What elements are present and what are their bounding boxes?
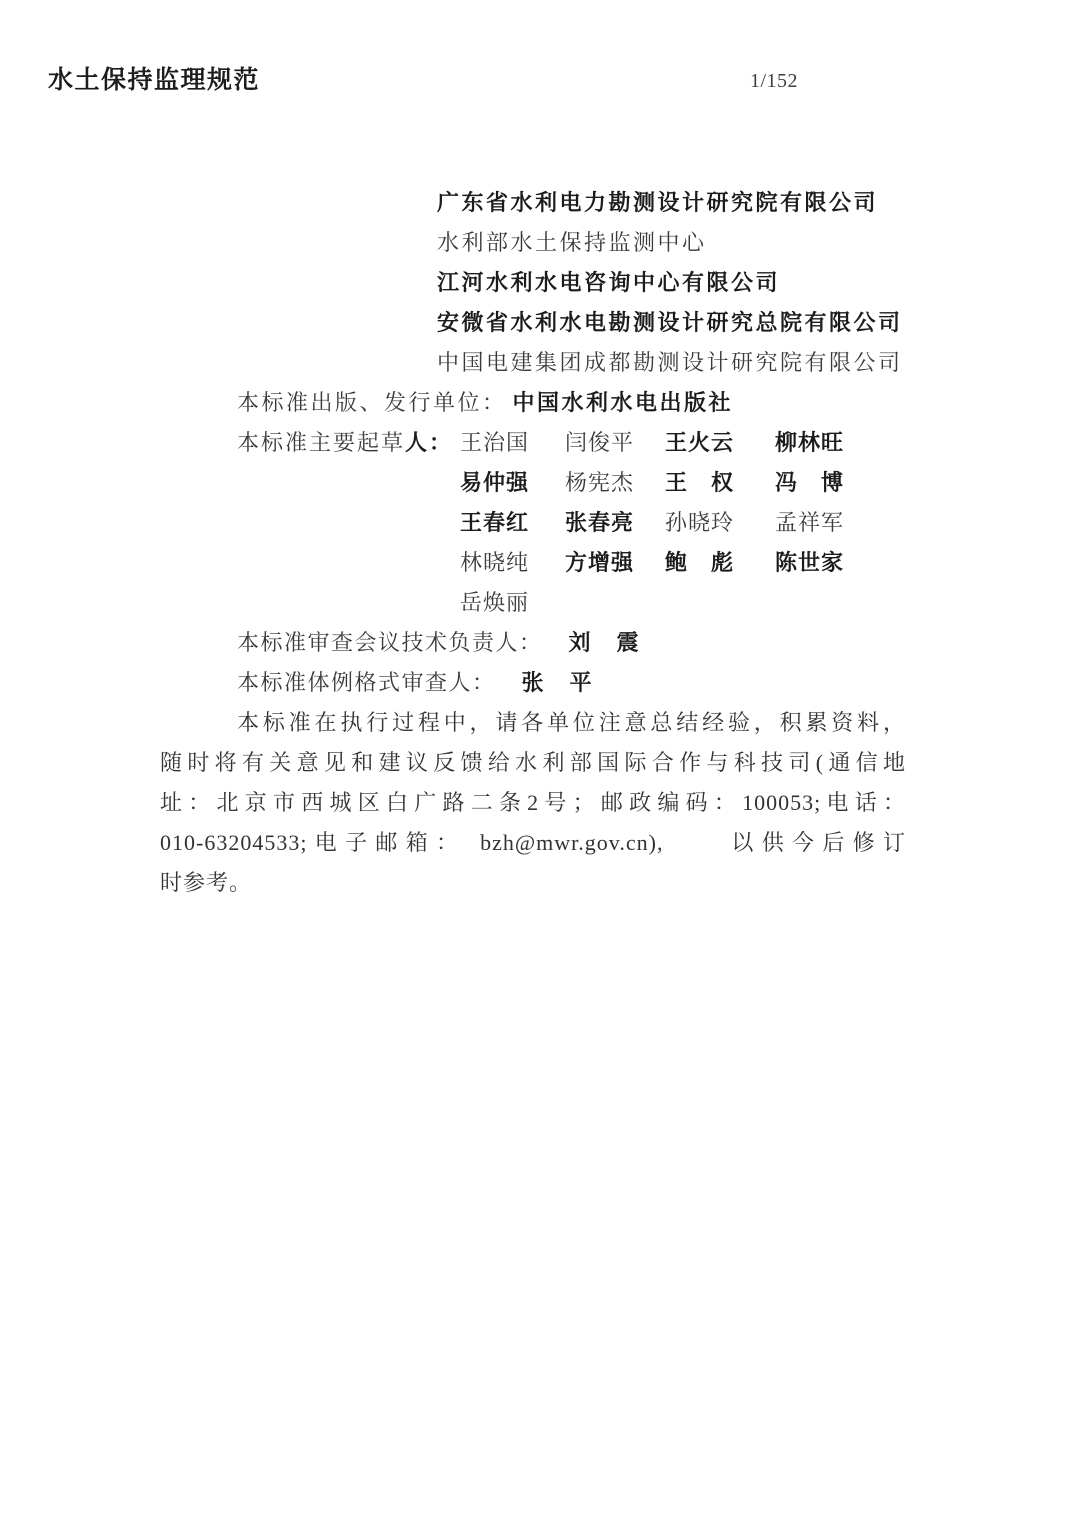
drafters-line: 本标准主要起草人： 王治国 闫俊平 王火云 柳林旺	[237, 423, 906, 463]
drafters-row: 王治国 闫俊平 王火云 柳林旺	[460, 423, 844, 463]
drafters-row: 岳焕丽	[460, 583, 906, 623]
drafters-row: 易仲强 杨宪杰 王 权 冯 博	[460, 463, 906, 503]
drafter-name: 王春红	[460, 503, 565, 543]
organization-text: 安微省水利水电勘测设计研究总院有限公司	[437, 310, 903, 335]
drafter-name: 孙晓玲	[665, 503, 775, 543]
organization-name: 江河水利水电咨询中心有限公司	[437, 263, 906, 303]
drafters-row-inner: 王春红 张春亮 孙晓玲 孟祥军	[460, 503, 906, 543]
drafter-name: 闫俊平	[565, 423, 665, 463]
drafter-name: 陈世家	[775, 543, 844, 583]
drafters-label-suffix: 人：	[405, 430, 453, 455]
closing-paragraph-line: 010-63204533;电子邮箱： bzh@mwr.gov.cn), 以供今后…	[160, 823, 906, 863]
document-page: 水土保持监理规范 1/152 广东省水利电力勘测设计研究院有限公司 水利部水土保…	[0, 0, 1080, 1527]
technical-director-line: 本标准审查会议技术负责人：刘 震	[237, 623, 906, 663]
drafter-name: 岳焕丽	[460, 583, 565, 623]
drafters-label: 本标准主要起草人：	[237, 423, 460, 463]
reviewer-name: 刘 震	[569, 630, 641, 655]
drafter-name: 孟祥军	[775, 503, 844, 543]
drafter-name: 林晓纯	[460, 543, 565, 583]
drafters-row: 林晓纯 方增强 鲍 彪 陈世家	[460, 543, 906, 583]
drafter-name: 王治国	[460, 423, 565, 463]
reviewer-name: 张 平	[522, 670, 594, 695]
organization-name: 中国电建集团成都勘测设计研究院有限公司	[437, 343, 906, 383]
drafters-row-inner: 易仲强 杨宪杰 王 权 冯 博	[460, 463, 906, 503]
drafters-label-text: 本标准主要起草	[237, 430, 405, 455]
organization-text: 江河水利水电咨询中心有限公司	[437, 270, 780, 295]
drafter-name: 冯 博	[775, 463, 844, 503]
drafter-name: 鲍 彪	[665, 543, 775, 583]
drafter-name: 张春亮	[565, 503, 665, 543]
drafter-name: 易仲强	[460, 463, 565, 503]
drafter-name: 方增强	[565, 543, 665, 583]
closing-paragraph-line: 本标准在执行过程中，请各单位注意总结经验，积累资料，	[160, 703, 906, 743]
document-title: 水土保持监理规范	[48, 60, 260, 96]
page-content: 广东省水利电力勘测设计研究院有限公司 水利部水土保持监测中心 江河水利水电咨询中…	[160, 183, 906, 903]
reviewer-label: 本标准审查会议技术负责人：	[237, 630, 543, 655]
drafter-name: 王火云	[665, 423, 775, 463]
format-reviewer-line: 本标准体例格式审查人：张 平	[237, 663, 906, 703]
closing-paragraph-line: 随时将有关意见和建议反馈给水利部国际合作与科技司(通信地	[160, 743, 906, 783]
drafters-row: 王春红 张春亮 孙晓玲 孟祥军	[460, 503, 906, 543]
drafters-row-inner: 林晓纯 方增强 鲍 彪 陈世家	[460, 543, 906, 583]
organization-name: 广东省水利电力勘测设计研究院有限公司	[437, 183, 906, 223]
drafter-name: 柳林旺	[775, 423, 844, 463]
publisher-label: 本标准出版、发行单位：	[237, 390, 507, 415]
organization-name: 安微省水利水电勘测设计研究总院有限公司	[437, 303, 906, 343]
publisher-line: 本标准出版、发行单位：中国水利水电出版社	[237, 383, 906, 423]
closing-paragraph-line: 时参考。	[160, 863, 906, 903]
drafter-name: 杨宪杰	[565, 463, 665, 503]
drafter-name: 王 权	[665, 463, 775, 503]
page-indicator: 1/152	[750, 70, 798, 93]
publisher-value: 中国水利水电出版社	[513, 390, 734, 415]
organization-text: 广东省水利电力勘测设计研究院有限公司	[437, 190, 878, 215]
organization-name: 水利部水土保持监测中心	[437, 223, 906, 263]
closing-paragraph-line: 址：北京市西城区白广路二条2号；邮政编码：100053;电话：	[160, 783, 906, 823]
drafters-row-inner: 岳焕丽	[460, 583, 906, 623]
reviewer-label: 本标准体例格式审查人：	[237, 670, 496, 695]
organization-text: 水利部水土保持监测中心	[437, 230, 707, 255]
organization-text: 中国电建集团成都勘测设计研究院有限公司	[437, 350, 903, 375]
